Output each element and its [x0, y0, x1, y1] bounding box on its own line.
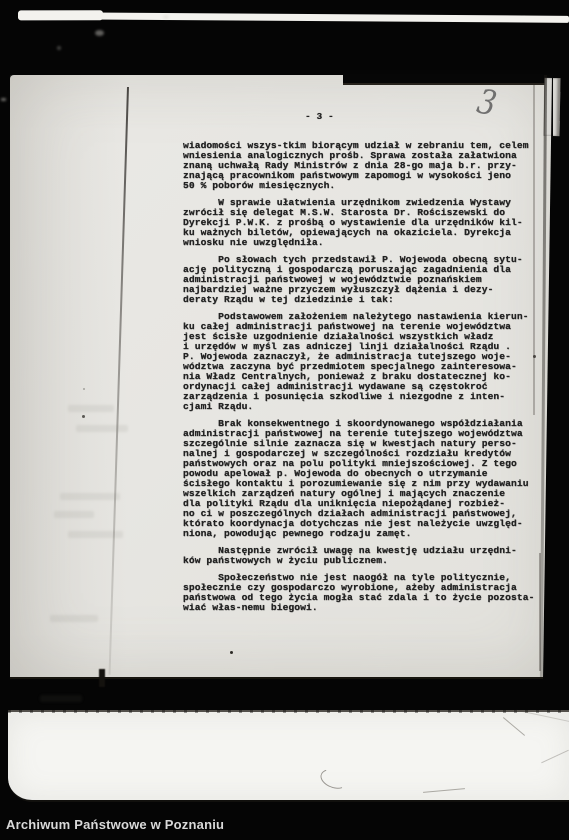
- dust-speck: [57, 46, 61, 50]
- paragraph: Następnie zwrócił uwagę na kwestję udzia…: [183, 546, 539, 566]
- fiber-mark: [423, 788, 465, 793]
- backing-sheet: [8, 710, 569, 802]
- bleedthrough-mark: [60, 493, 120, 500]
- bleedthrough-mark: [40, 695, 82, 702]
- archival-scan-viewport: - 3 - 3 wiadomości wszys-tkim biorącym u…: [0, 0, 569, 840]
- scan-edge-artifact: [18, 12, 569, 23]
- dust-speck: [95, 30, 104, 36]
- typed-page-number: - 3 -: [305, 111, 334, 122]
- typed-line: wiać włas-nemu biegowi.: [183, 603, 539, 613]
- pencil-dot: [83, 388, 85, 390]
- dust-speck: [1, 98, 6, 101]
- paragraph: Brak konsekwentnego i skoordynowanego ws…: [183, 419, 539, 539]
- bleedthrough-mark: [68, 531, 123, 538]
- typed-line: wniosku nie uwzględniła.: [183, 238, 539, 248]
- paper-tear: [99, 669, 105, 687]
- torn-edge-texture: [8, 710, 569, 713]
- previous-page-edge: [10, 75, 127, 677]
- bleedthrough-mark: [68, 405, 114, 412]
- bleedthrough-mark: [50, 615, 98, 622]
- document-page: - 3 - 3 wiadomości wszys-tkim biorącym u…: [10, 75, 553, 679]
- paragraph: Podstawowem założeniem należytego nastaw…: [183, 312, 539, 412]
- ink-speck: [230, 651, 233, 654]
- typed-line: ków państwowych w życiu publicznem.: [183, 556, 539, 566]
- dust-speck: [163, 15, 169, 19]
- paragraph: Społeczeństwo nie jest naogół na tyle po…: [183, 573, 539, 613]
- fiber-mark: [503, 717, 525, 736]
- fiber-curl-mark: [318, 766, 350, 792]
- paragraph: W sprawie ułatwienia urzędnikom zwiedzen…: [183, 198, 539, 248]
- typewritten-text: wiadomości wszys-tkim biorącym udział w …: [183, 141, 539, 620]
- typed-line: niona, powodując pewnego rodzaju zamęt.: [183, 529, 539, 539]
- archive-caption: Archiwum Państwowe w Poznaniu: [6, 817, 224, 832]
- typed-line: cjami Rządu.: [183, 402, 539, 412]
- paragraph: Po słowach tych przedstawił P. Wojewoda …: [183, 255, 539, 305]
- handwritten-page-number: 3: [474, 82, 500, 125]
- pencil-dot: [82, 415, 85, 418]
- bleedthrough-mark: [76, 425, 128, 432]
- paragraph: wiadomości wszys-tkim biorącym udział w …: [183, 141, 539, 191]
- typed-line: 50 % poborów miesięcznych.: [183, 181, 539, 191]
- fiber-mark: [541, 750, 569, 764]
- page-edge-notch: [343, 74, 553, 85]
- bleedthrough-mark: [54, 511, 94, 518]
- typed-line: deraty Rządu w tej dziedzinie i tak:: [183, 295, 539, 305]
